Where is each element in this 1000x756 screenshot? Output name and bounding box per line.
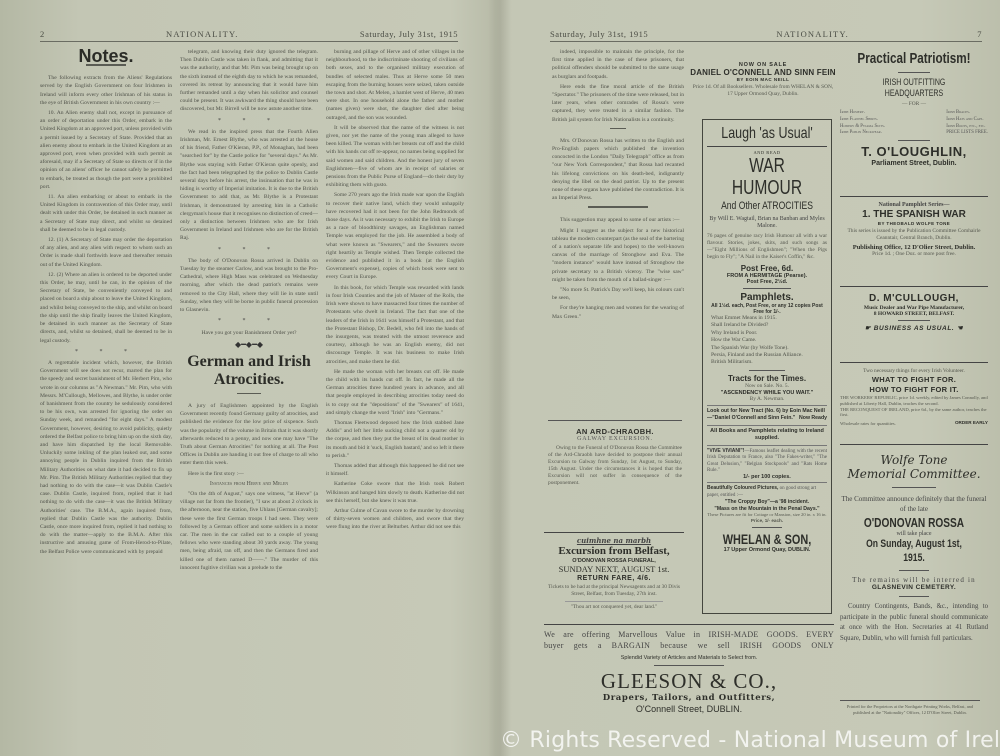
- left-column-3: burning and pillage of Herve and of othe…: [326, 48, 464, 534]
- paragraph: Thomas Fleetwood deposed how the Irish s…: [326, 419, 464, 460]
- paragraph: Have you got your Banishment Order yet?: [180, 329, 318, 337]
- ard-chraobh-body: Owing to the Funeral of O'Donovan Rossa …: [548, 445, 682, 487]
- what-to-fight-for: WHAT TO FIGHT FOR.: [840, 375, 988, 385]
- excursion-fare: RETURN FARE, 4/6.: [544, 575, 684, 582]
- paragraph: Some 270 years ago the Irish made war up…: [326, 191, 464, 281]
- list-item: Why Ireland is Poor.: [711, 330, 827, 337]
- issue-date: Saturday, July 31st, 1915: [550, 29, 648, 39]
- gaelic-heading: cuimhne na marbh: [544, 536, 684, 545]
- copyright-watermark: © Rights Reserved - National Museum of I…: [500, 728, 1000, 753]
- paragraph: Here ends the fine moral article of the …: [552, 83, 684, 124]
- divider: [892, 487, 936, 488]
- paragraph: A jury of Englishmen appointed by the En…: [180, 402, 318, 468]
- workers-republic-note: THE WORKERS' REPUBLIC, price 1d. weekly,…: [840, 395, 988, 407]
- mccullough-ad: D. M'CULLOUGH, Music Dealer and War Pipe…: [840, 286, 988, 332]
- divider: [654, 665, 724, 666]
- masthead: NATIONALITY.: [166, 29, 239, 39]
- paragraph: 12. (1) A Secretary of State may order t…: [40, 236, 172, 269]
- committee-announce: The Committee announce definitely that t…: [840, 494, 988, 514]
- paragraph: It will be observed that the name of the…: [326, 124, 464, 190]
- left-column-1: Notes. The following extracts from the A…: [40, 48, 172, 558]
- ard-chraobh-notice: AN ARD-CHRAOBH. GALWAY EXCURSION. Owing …: [548, 420, 682, 487]
- glasnevin-cemetery: GLASNEVIN CEMETERY.: [840, 584, 988, 591]
- wolfe-tone-committee-notice: Wolfe Tone Memorial Committee. The Commi…: [840, 444, 988, 644]
- gleeson-ad: We are offering Marvellous Value in IRIS…: [544, 624, 834, 716]
- excursion-date: SUNDAY NEXT, AUGUST 1st.: [544, 564, 684, 575]
- gleeson-offer-line2: buyer gets a BARGAIN because we sell IRI…: [544, 640, 834, 651]
- pamphlet-series-ad: National Pamphlet Series— 1. THE SPANISH…: [840, 196, 988, 258]
- paragraph: A regrettable incident which, however, t…: [40, 359, 172, 556]
- new-tract-notice: Look out for New Tract (No. 6) by Eoin M…: [707, 405, 827, 422]
- oloughlin-address: Parliament Street, Dublin.: [840, 160, 988, 167]
- list-item: Shall Ireland be Divided?: [711, 322, 827, 329]
- list-item: British Militarism.: [711, 359, 827, 366]
- divider: [588, 206, 648, 208]
- section-break: * * *: [180, 117, 318, 125]
- paragraph: Might I suggest as the subject for a new…: [552, 227, 684, 284]
- list-item: The Spanish War (by Wolfe Tone).: [711, 345, 827, 352]
- wolfe-tone-title-1: Wolfe Tone: [840, 453, 988, 467]
- pictures-note: These Pictures are fit for Cottage or Ma…: [707, 512, 827, 524]
- book-author: BY EOIN MAC NEILL: [690, 77, 836, 82]
- book-title: DANIEL O'CONNELL AND SINN FEIN: [690, 68, 836, 77]
- whelan-son-address: 17 Upper Ormond Quay, DUBLIN.: [707, 547, 827, 553]
- divider: [898, 140, 931, 141]
- subheading: Instances from Herve and Melen: [180, 480, 318, 488]
- list-item: How the War Came.: [711, 337, 827, 344]
- page-number: 7: [977, 29, 982, 39]
- paragraph: For they're hanging men and women for th…: [552, 304, 684, 320]
- divider: [898, 72, 931, 73]
- paragraph: "No more St. Patrick's Day we'll keep, h…: [552, 286, 684, 302]
- for-label: — FOR —: [840, 101, 988, 108]
- tracts-name: "ASCENDENCY WHILE YOU WAIT.": [707, 390, 827, 396]
- newspaper-spread: 2 NATIONALITY. Saturday, July 31st, 1915…: [0, 0, 1000, 756]
- list-item: Persia, Finland and the Russian Alliance…: [711, 352, 827, 359]
- pamphlets-price: All 1½d. each, Post Free, or any 12 copi…: [707, 303, 827, 315]
- excursion-quote: "Thou art not conquered yet, dear land.": [565, 601, 663, 611]
- how-to-fight-for-it: HOW TO FIGHT FOR IT.: [840, 385, 988, 395]
- left-column-2: telegram, and knowing their duty ignored…: [180, 48, 318, 574]
- divider: [610, 128, 626, 129]
- now-ready: Now Ready: [799, 415, 827, 422]
- section-break: * * *: [40, 348, 172, 356]
- headquarters-title: IRISH OUTFITTING HEADQUARTERS: [840, 77, 988, 99]
- paragraph: The body of O'Donovan Rossa arrived in D…: [180, 257, 318, 314]
- tracts-author: By A. Newman.: [707, 396, 827, 403]
- picture-croppy-boy: "The Croppy Boy"—a '98 incident.: [707, 499, 827, 505]
- order-early: ORDER EARLY: [955, 420, 988, 427]
- divider: [749, 370, 785, 371]
- mccullough-name: D. M'CULLOUGH,: [840, 293, 988, 305]
- printer-imprint: Printed for the Proprietors at the North…: [840, 700, 980, 715]
- whelan-son-box-ad: Laugh 'as Usual' AND READ WAR HUMOUR And…: [702, 119, 832, 614]
- section-break: * * *: [180, 317, 318, 325]
- pamphlets-list: What Emmet Means in 1915. Shall Ireland …: [707, 315, 827, 367]
- spanish-war-title: 1. THE SPANISH WAR: [840, 208, 988, 221]
- now-on-sale-ad: NOW ON SALE DANIEL O'CONNELL AND SINN FE…: [690, 62, 836, 98]
- series-price: Price 1d. ; One Doz. or more post free.: [840, 251, 988, 258]
- book-info: Price 1d. Of all Booksellers. Wholesale …: [690, 84, 836, 98]
- other-atrocities: And Other ATROCITIES: [707, 199, 827, 213]
- left-page: 2 NATIONALITY. Saturday, July 31st, 1915…: [0, 0, 500, 756]
- oloughlin-name: T. O'LOUGHLIN,: [840, 144, 988, 160]
- paragraph: In this book, for which Temple was rewar…: [326, 284, 464, 366]
- patriotism-title: Practical Patriotism!: [840, 50, 988, 68]
- practical-patriotism-ad: Practical Patriotism! IRISH OUTFITTING H…: [840, 50, 988, 167]
- gleeson-trade: Drapers, Tailors, and Outfitters,: [544, 693, 834, 703]
- paragraph: Here is the first story :—: [180, 470, 318, 478]
- rossa-name: O'DONOVAN ROSSA: [840, 514, 988, 531]
- right-running-header: Saturday, July 31st, 1915 NATIONALITY. 7: [550, 26, 982, 42]
- ard-chraobh-title: AN ARD-CHRAOBH.: [548, 427, 682, 436]
- paragraph: He made the woman with her breasts cut o…: [326, 368, 464, 417]
- paragraph: 12. (2) Where an alien is ordered to be …: [40, 271, 172, 345]
- tracts-now: Now on Sale. No. 5.: [707, 383, 827, 390]
- paragraph: The following extracts from the Aliens' …: [40, 74, 172, 107]
- war-humour-title: WAR HUMOUR: [707, 155, 827, 199]
- volunteer-intro: Two necessary things for every Irish Vol…: [840, 368, 988, 375]
- whelan-son-name: WHELAN & SON,: [707, 531, 827, 547]
- paragraph: Arthur Culme of Cavan swore to the murde…: [326, 507, 464, 532]
- paragraph: indeed, impossible to maintain the princ…: [552, 48, 684, 81]
- fight-ad: Two necessary things for every Irish Vol…: [840, 362, 988, 427]
- remains-interred: The remains will be interred in: [840, 576, 988, 584]
- mccullough-address: 8 HOWARD STREET, BELFAST.: [840, 311, 988, 317]
- vive-viviani-notice: "VIVE VIVIANI"!—Famous leaflet dealing w…: [707, 445, 827, 475]
- tracts-title: Tracts for the Times.: [707, 374, 827, 383]
- paragraph: burning and pillage of Herve and of othe…: [326, 48, 464, 122]
- outfitting-items: Irish Hosiery. Irish Flannel Shirts. Hos…: [840, 110, 988, 137]
- divider: [237, 393, 261, 394]
- wolfe-tone-title-2: Memorial Committee.: [840, 467, 988, 481]
- right-column-1: indeed, impossible to maintain the princ…: [552, 48, 684, 323]
- paragraph: We read in the inspired press that the F…: [180, 128, 318, 243]
- spanish-war-author: BY THEOBALD WOLFE TONE: [840, 221, 988, 226]
- left-running-header: 2 NATIONALITY. Saturday, July 31st, 1915: [40, 26, 458, 42]
- paragraph: Thomas added that although this happened…: [326, 462, 464, 478]
- paragraph: "On the 4th of August," says one witness…: [180, 490, 318, 572]
- pictures-notice: Beautifully Coloured Pictures, on good s…: [707, 482, 827, 499]
- right-page: Saturday, July 31st, 1915 NATIONALITY. 7…: [500, 0, 1000, 756]
- reconquest-note: THE RECONQUEST OF IRELAND, price 6d., by…: [840, 407, 988, 419]
- hermitage-price: Post Free, 2½d.: [707, 279, 827, 285]
- divider: [898, 320, 931, 321]
- funeral-date: On Sunday, August 1st, 1915.: [840, 537, 988, 565]
- issue-date: Saturday, July 31st, 1915: [360, 29, 458, 39]
- notes-heading: Notes.: [40, 52, 172, 60]
- series-note: This series is issued by the Publication…: [840, 228, 988, 242]
- atrocities-heading: German and Irish Atrocities.: [180, 353, 318, 389]
- ornament-divider: ◆━◆━◆: [180, 341, 318, 349]
- paragraph: Mrs. O'Donovan Rossa has written to the …: [552, 137, 684, 203]
- divider: [899, 596, 929, 597]
- ard-chraobh-subtitle: GALWAY EXCURSION.: [548, 436, 682, 442]
- humour-description: 76 pages of genuine racy Irish Humour al…: [707, 233, 827, 261]
- post-free-price: Post Free, 6d.: [707, 264, 827, 273]
- page-number: 2: [40, 29, 45, 39]
- excursion-tickets: Tickets to be had at the principal Newsa…: [544, 584, 684, 598]
- gleeson-name: GLEESON & CO.,: [544, 669, 834, 693]
- vive-price: 1/- per 100 copies.: [707, 474, 827, 480]
- paragraph: telegram, and knowing their duty ignored…: [180, 48, 318, 114]
- all-books-notice: All Books and Pamphlets relating to Irel…: [707, 425, 827, 442]
- contingents-notice: Country Contingents, Bands, &c., intendi…: [840, 602, 988, 644]
- humour-authors: By Will E. Wagtail, Brian na Banban and …: [707, 216, 827, 230]
- excursion-title: Excursion from Belfast,: [544, 545, 684, 558]
- publishing-office: Publishing Office, 12 D'Olier Street, Du…: [840, 244, 988, 251]
- divider: [899, 570, 929, 571]
- masthead: NATIONALITY.: [776, 29, 849, 39]
- order-row: Wholesale rates for quantities. ORDER EA…: [840, 420, 988, 427]
- gleeson-offer-line1: We are offering Marvellous Value in IRIS…: [544, 629, 834, 640]
- divider: [743, 288, 791, 289]
- gleeson-address: O'Connell Street, DUBLIN.: [544, 703, 834, 716]
- pamphlets-title: Pamphlets.: [707, 292, 827, 303]
- business-as-usual: ☛ BUSINESS AS USUAL. ☚: [840, 324, 988, 332]
- list-item: What Emmet Means in 1915.: [711, 315, 827, 322]
- paragraph: 10. An Alien enemy shall not, except in …: [40, 109, 172, 191]
- section-break: * * *: [180, 246, 318, 254]
- belfast-excursion-ad: cuimhne na marbh Excursion from Belfast,…: [544, 532, 684, 611]
- paragraph: 11. An alien embarking or about to embar…: [40, 193, 172, 234]
- paragraph: Katherine Coke swore that the Irish took…: [326, 480, 464, 505]
- laugh-as-usual: Laugh 'as Usual': [707, 124, 827, 147]
- divider: [752, 527, 782, 528]
- gleeson-variety: Splendid Variety of Articles and Materia…: [544, 655, 834, 661]
- paragraph: This suggestion may appeal to some of ou…: [552, 216, 684, 224]
